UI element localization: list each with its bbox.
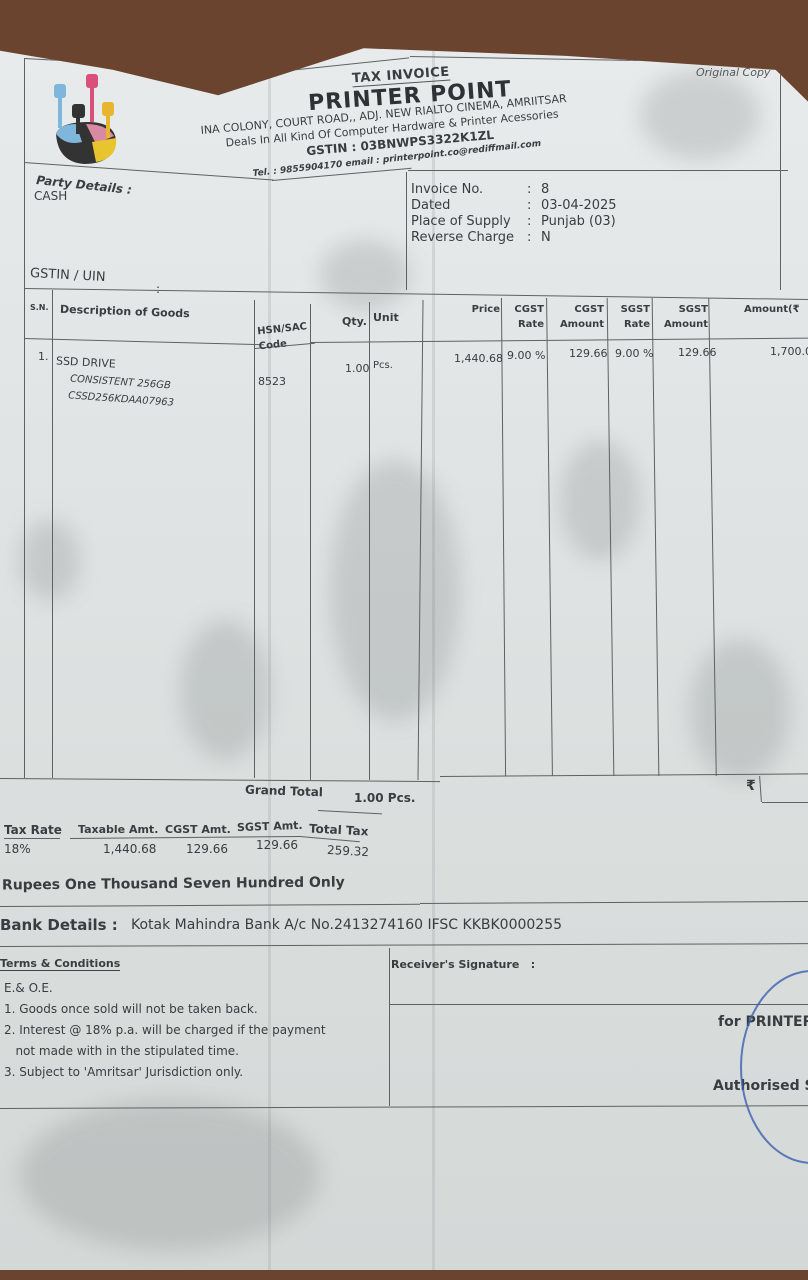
- summary-total-tax: 259.32: [327, 843, 370, 859]
- row-sn: 1.: [38, 350, 49, 363]
- row-sgst-rate: 9.00 %: [615, 347, 653, 360]
- reverse-charge: N: [541, 230, 551, 246]
- terms-line: 1. Goods once sold will not be taken bac…: [4, 999, 326, 1020]
- col-header-sgst-amount: SGST Amount: [658, 302, 708, 332]
- row-price: 1,440.68: [454, 352, 503, 365]
- row-amount: 1,700.0: [770, 345, 808, 358]
- meta-row-dated: Dated:03-04-2025: [411, 198, 617, 214]
- col-header-sgst-rate: SGST Rate: [612, 302, 650, 332]
- grand-total-qty: 1.00 Pcs.: [354, 791, 415, 805]
- summary-header-cgst: CGST Amt.: [165, 823, 231, 836]
- receivers-signature-label: Receiver's Signature :: [391, 958, 535, 971]
- bank-details-label: Bank Details :: [0, 916, 118, 934]
- paint-bucket-logo-icon: [36, 62, 136, 166]
- col-header-cgst-amount: CGST Amount: [552, 302, 604, 332]
- row-unit: Pcs.: [373, 360, 393, 371]
- amount-in-words: Rupees One Thousand Seven Hundred Only: [2, 875, 345, 894]
- summary-header-tax-rate: Tax Rate: [4, 823, 62, 837]
- row-qty: 1.00: [345, 362, 370, 375]
- col-header-amount: Amount(₹: [744, 302, 800, 317]
- terms-line: 2. Interest @ 18% p.a. will be charged i…: [4, 1020, 326, 1041]
- rupee-icon: ₹: [746, 778, 756, 794]
- summary-taxable-amount: 1,440.68: [103, 842, 156, 856]
- terms-line: 3. Subject to 'Amritsar' Jurisdiction on…: [4, 1062, 326, 1083]
- terms-list: E.& O.E. 1. Goods once sold will not be …: [4, 978, 326, 1083]
- meta-row-reverse: Reverse Charge:N: [411, 230, 617, 246]
- meta-row-invoice-no: Invoice No.:8: [411, 182, 617, 198]
- bank-details-value: Kotak Mahindra Bank A/c No.2413274160 IF…: [131, 917, 562, 933]
- copy-label: Original Copy: [696, 66, 770, 79]
- summary-sgst-amount: 129.66: [256, 838, 298, 852]
- row-detail-model: CONSISTENT 256GB: [70, 373, 171, 391]
- summary-cgst-amount: 129.66: [186, 842, 228, 856]
- party-name: CASH: [34, 189, 67, 203]
- col-header-hsn: HSN/SAC Code: [257, 320, 306, 355]
- terms-title: Terms & Conditions: [0, 957, 120, 971]
- row-hsn: 8523: [258, 375, 286, 388]
- grand-total-label: Grand Total: [245, 783, 323, 800]
- place-of-supply: Punjab (03): [541, 214, 616, 230]
- summary-header-sgst: SGST Amt.: [237, 819, 303, 834]
- row-description: SSD DRIVE: [56, 354, 116, 370]
- invoice-number: 8: [541, 182, 549, 198]
- invoice-meta: Invoice No.:8 Dated:03-04-2025 Place of …: [411, 182, 617, 246]
- col-header-description: Description of Goods: [60, 302, 190, 322]
- row-cgst-rate: 9.00 %: [507, 349, 545, 362]
- company-stamp-icon: [740, 970, 808, 1164]
- col-header-sn: S.N.: [30, 300, 49, 315]
- summary-header-taxable: Taxable Amt.: [78, 823, 158, 836]
- party-gstin-label: GSTIN / UIN: [30, 266, 106, 285]
- row-cgst-amount: 129.66: [569, 347, 608, 360]
- col-header-price: Price: [464, 302, 500, 317]
- invoice-date: 03-04-2025: [541, 198, 617, 214]
- col-header-qty: Qty.: [342, 314, 367, 329]
- summary-header-total-tax: Total Tax: [309, 821, 369, 838]
- col-header-unit: Unit: [373, 310, 399, 325]
- terms-line: E.& O.E.: [4, 978, 326, 999]
- summary-tax-rate: 18%: [4, 842, 31, 856]
- row-detail-serial: CSSD256KDAA07963: [68, 390, 175, 408]
- col-header-cgst-rate: CGST Rate: [508, 302, 544, 332]
- meta-row-place: Place of Supply:Punjab (03): [411, 214, 617, 230]
- invoice-paper: TAX INVOICE PRINTER POINT INA COLONY, CO…: [0, 0, 808, 1270]
- row-sgst-amount: 129.66: [678, 346, 717, 359]
- terms-line: not made with in the stipulated time.: [4, 1041, 326, 1062]
